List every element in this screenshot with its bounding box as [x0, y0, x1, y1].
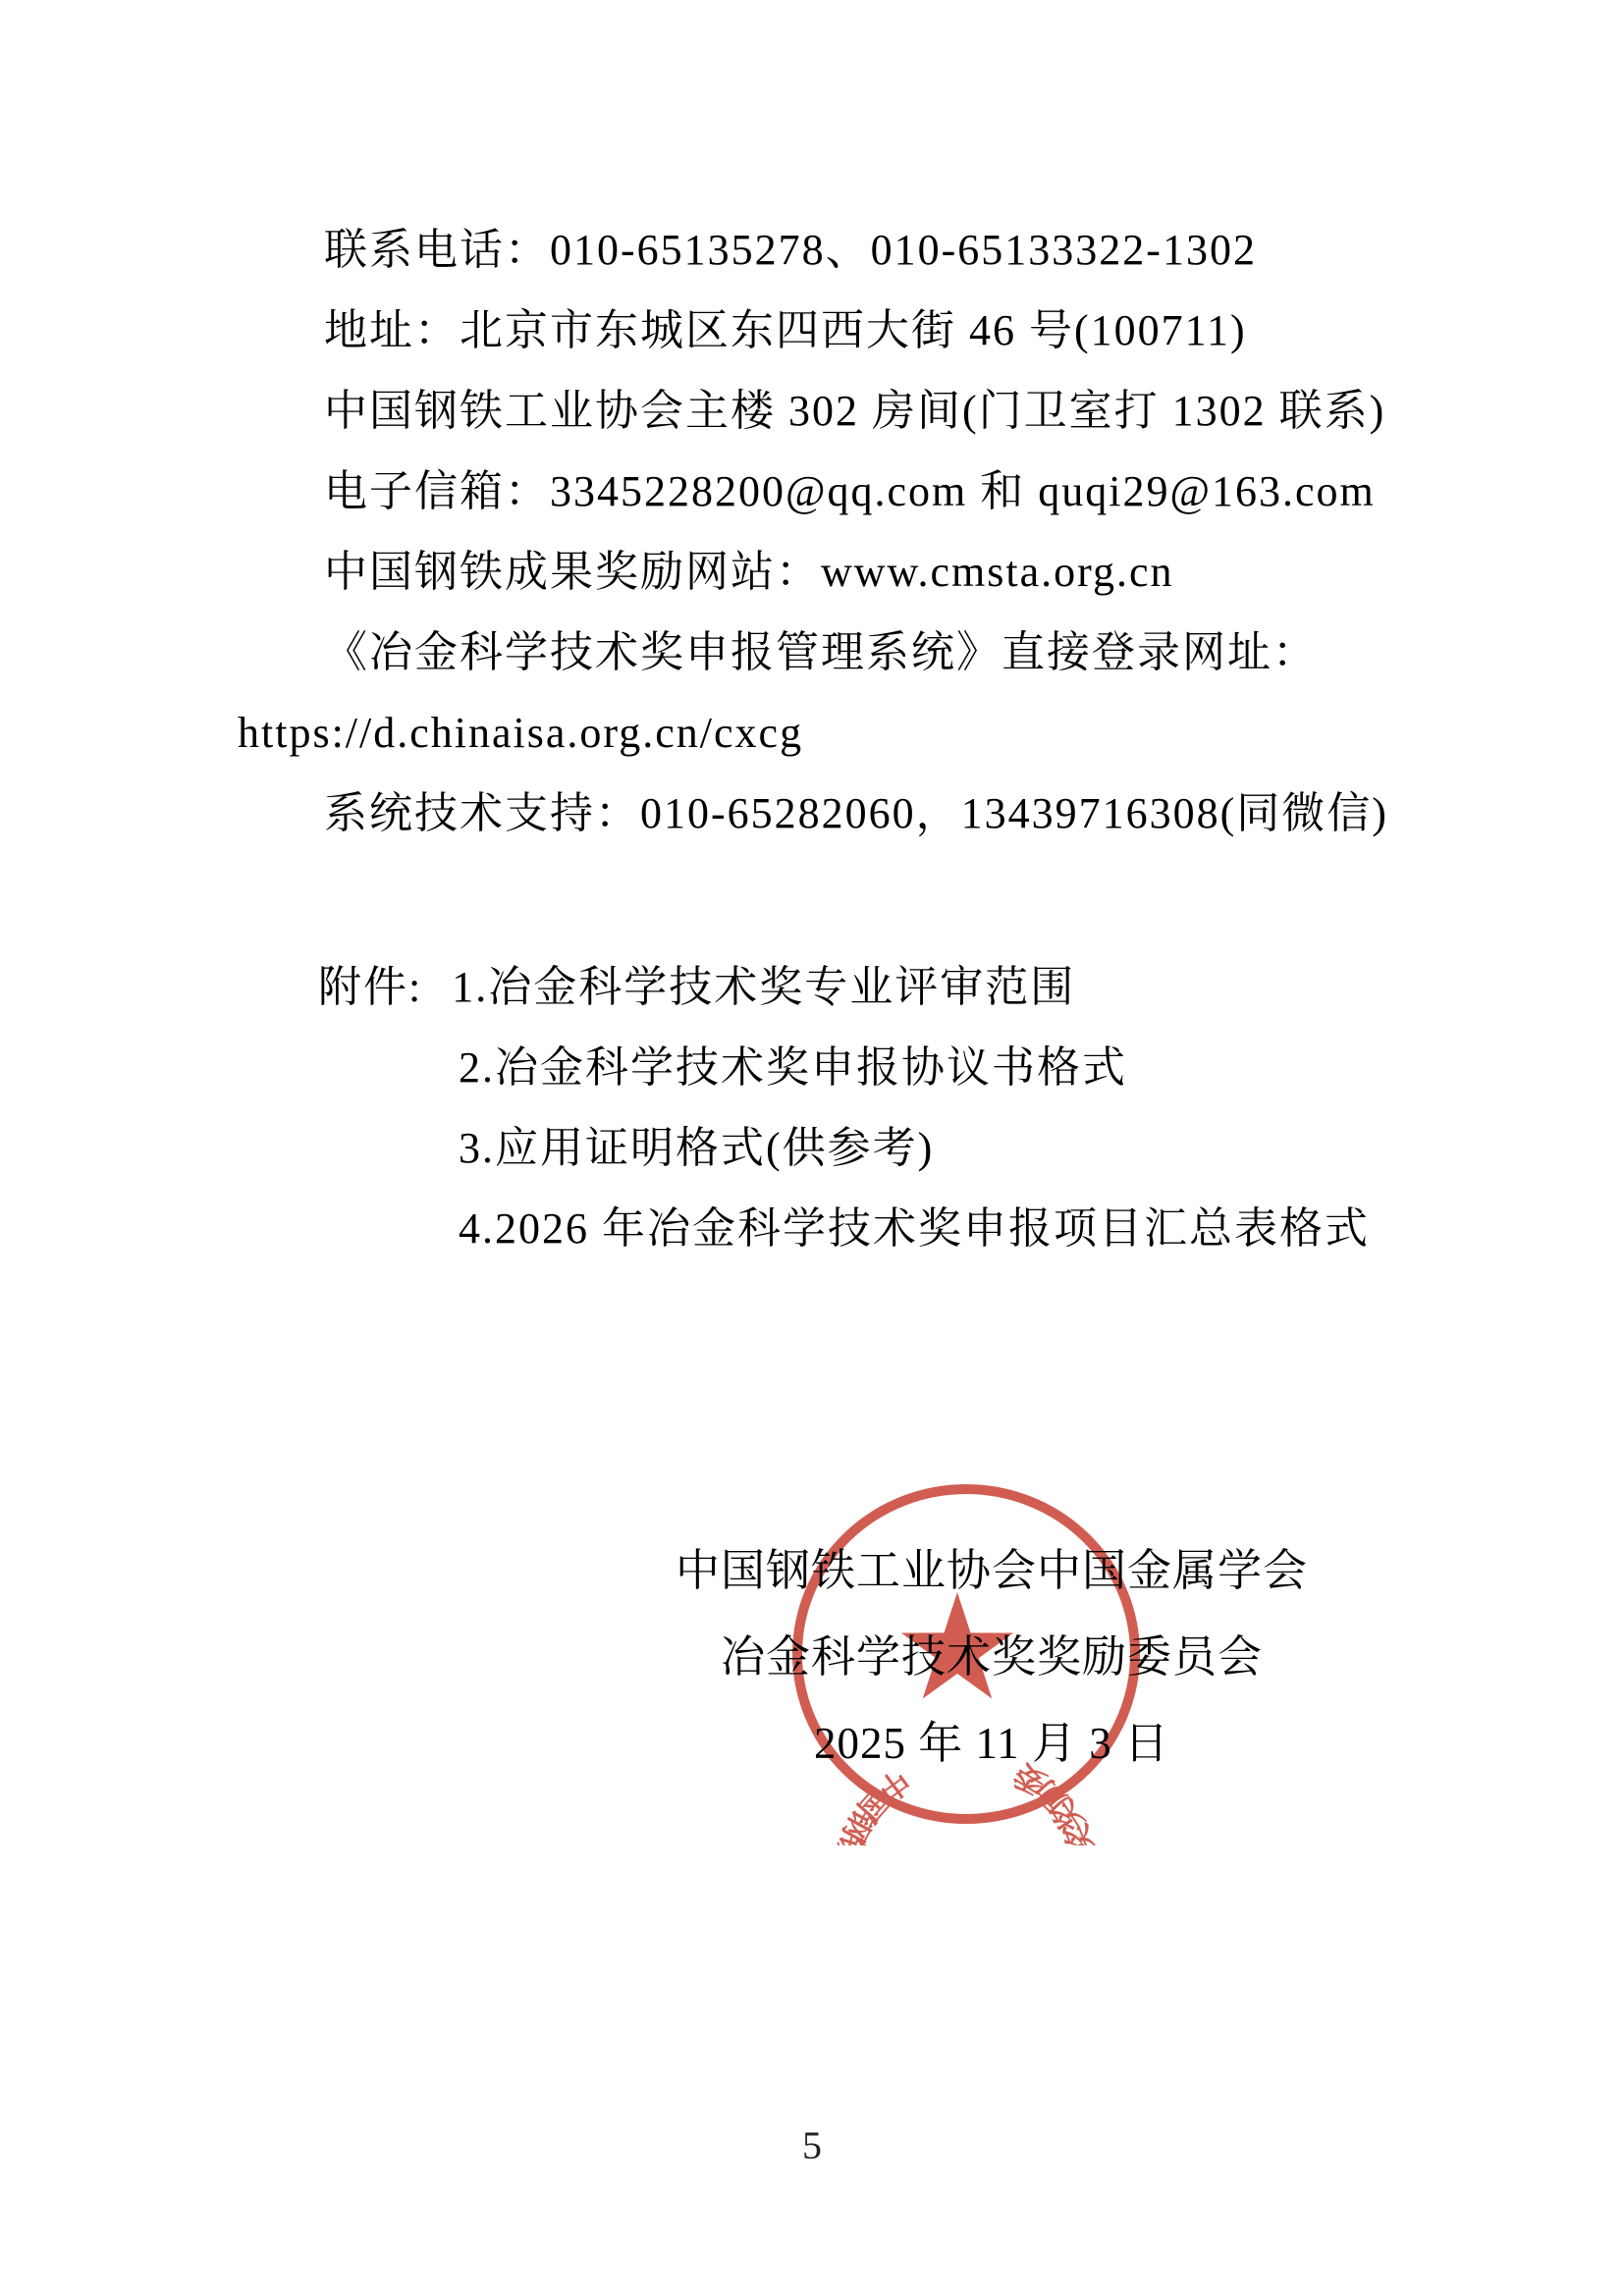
signature-org-line2: 冶金科学技术奖奖励委员会: [589, 1614, 1394, 1700]
signature-org-line1: 中国钢铁工业协会中国金属学会: [589, 1527, 1394, 1614]
contact-line-email: 电子信箱：3345228200@qq.com 和 quqi29@163.com: [238, 452, 1477, 532]
contact-line-website: 中国钢铁成果奖励网站：www.cmsta.org.cn: [238, 532, 1477, 613]
attachment-item-3: 3.应用证明格式(供参考): [238, 1108, 1477, 1189]
attachments-section: 附件:1.冶金科学技术奖专业评审范围 2.冶金科学技术奖申报协议书格式 3.应用…: [238, 947, 1477, 1269]
attachments-label: 附件:: [318, 963, 422, 1011]
contact-line-support: 系统技术支持：010-65282060，13439716308(同微信): [238, 774, 1477, 854]
document-page: 联系电话：010-65135278、010-65133322-1302 地址：北…: [0, 0, 1624, 2296]
attachment-item-4: 4.2026 年冶金科学技术奖申报项目汇总表格式: [238, 1189, 1477, 1269]
contact-line-room: 中国钢铁工业协会主楼 302 房间(门卫室打 1302 联系): [238, 371, 1477, 452]
signature-date: 2025 年 11 月 3 日: [589, 1700, 1394, 1787]
attachment-item-2: 2.冶金科学技术奖申报协议书格式: [238, 1028, 1477, 1108]
attachment-item-1: 1.冶金科学技术奖专业评审范围: [452, 963, 1075, 1011]
signature-block: 中国钢铁工业协会中国金属学会 冶金科学技术奖奖励委员会 2025 年 11 月 …: [589, 1527, 1394, 1787]
contact-line-phone: 联系电话：010-65135278、010-65133322-1302: [238, 210, 1477, 291]
attachment-row: 附件:1.冶金科学技术奖专业评审范围: [238, 947, 1477, 1028]
contact-line-url: https://d.chinaisa.org.cn/cxcg: [238, 693, 1477, 774]
contact-line-address: 地址：北京市东城区东四西大街 46 号(100711): [238, 291, 1477, 371]
page-number: 5: [0, 2122, 1624, 2168]
contact-line-system: 《冶金科学技术奖申报管理系统》直接登录网址：: [238, 613, 1477, 693]
contact-info-section: 联系电话：010-65135278、010-65133322-1302 地址：北…: [238, 210, 1477, 854]
